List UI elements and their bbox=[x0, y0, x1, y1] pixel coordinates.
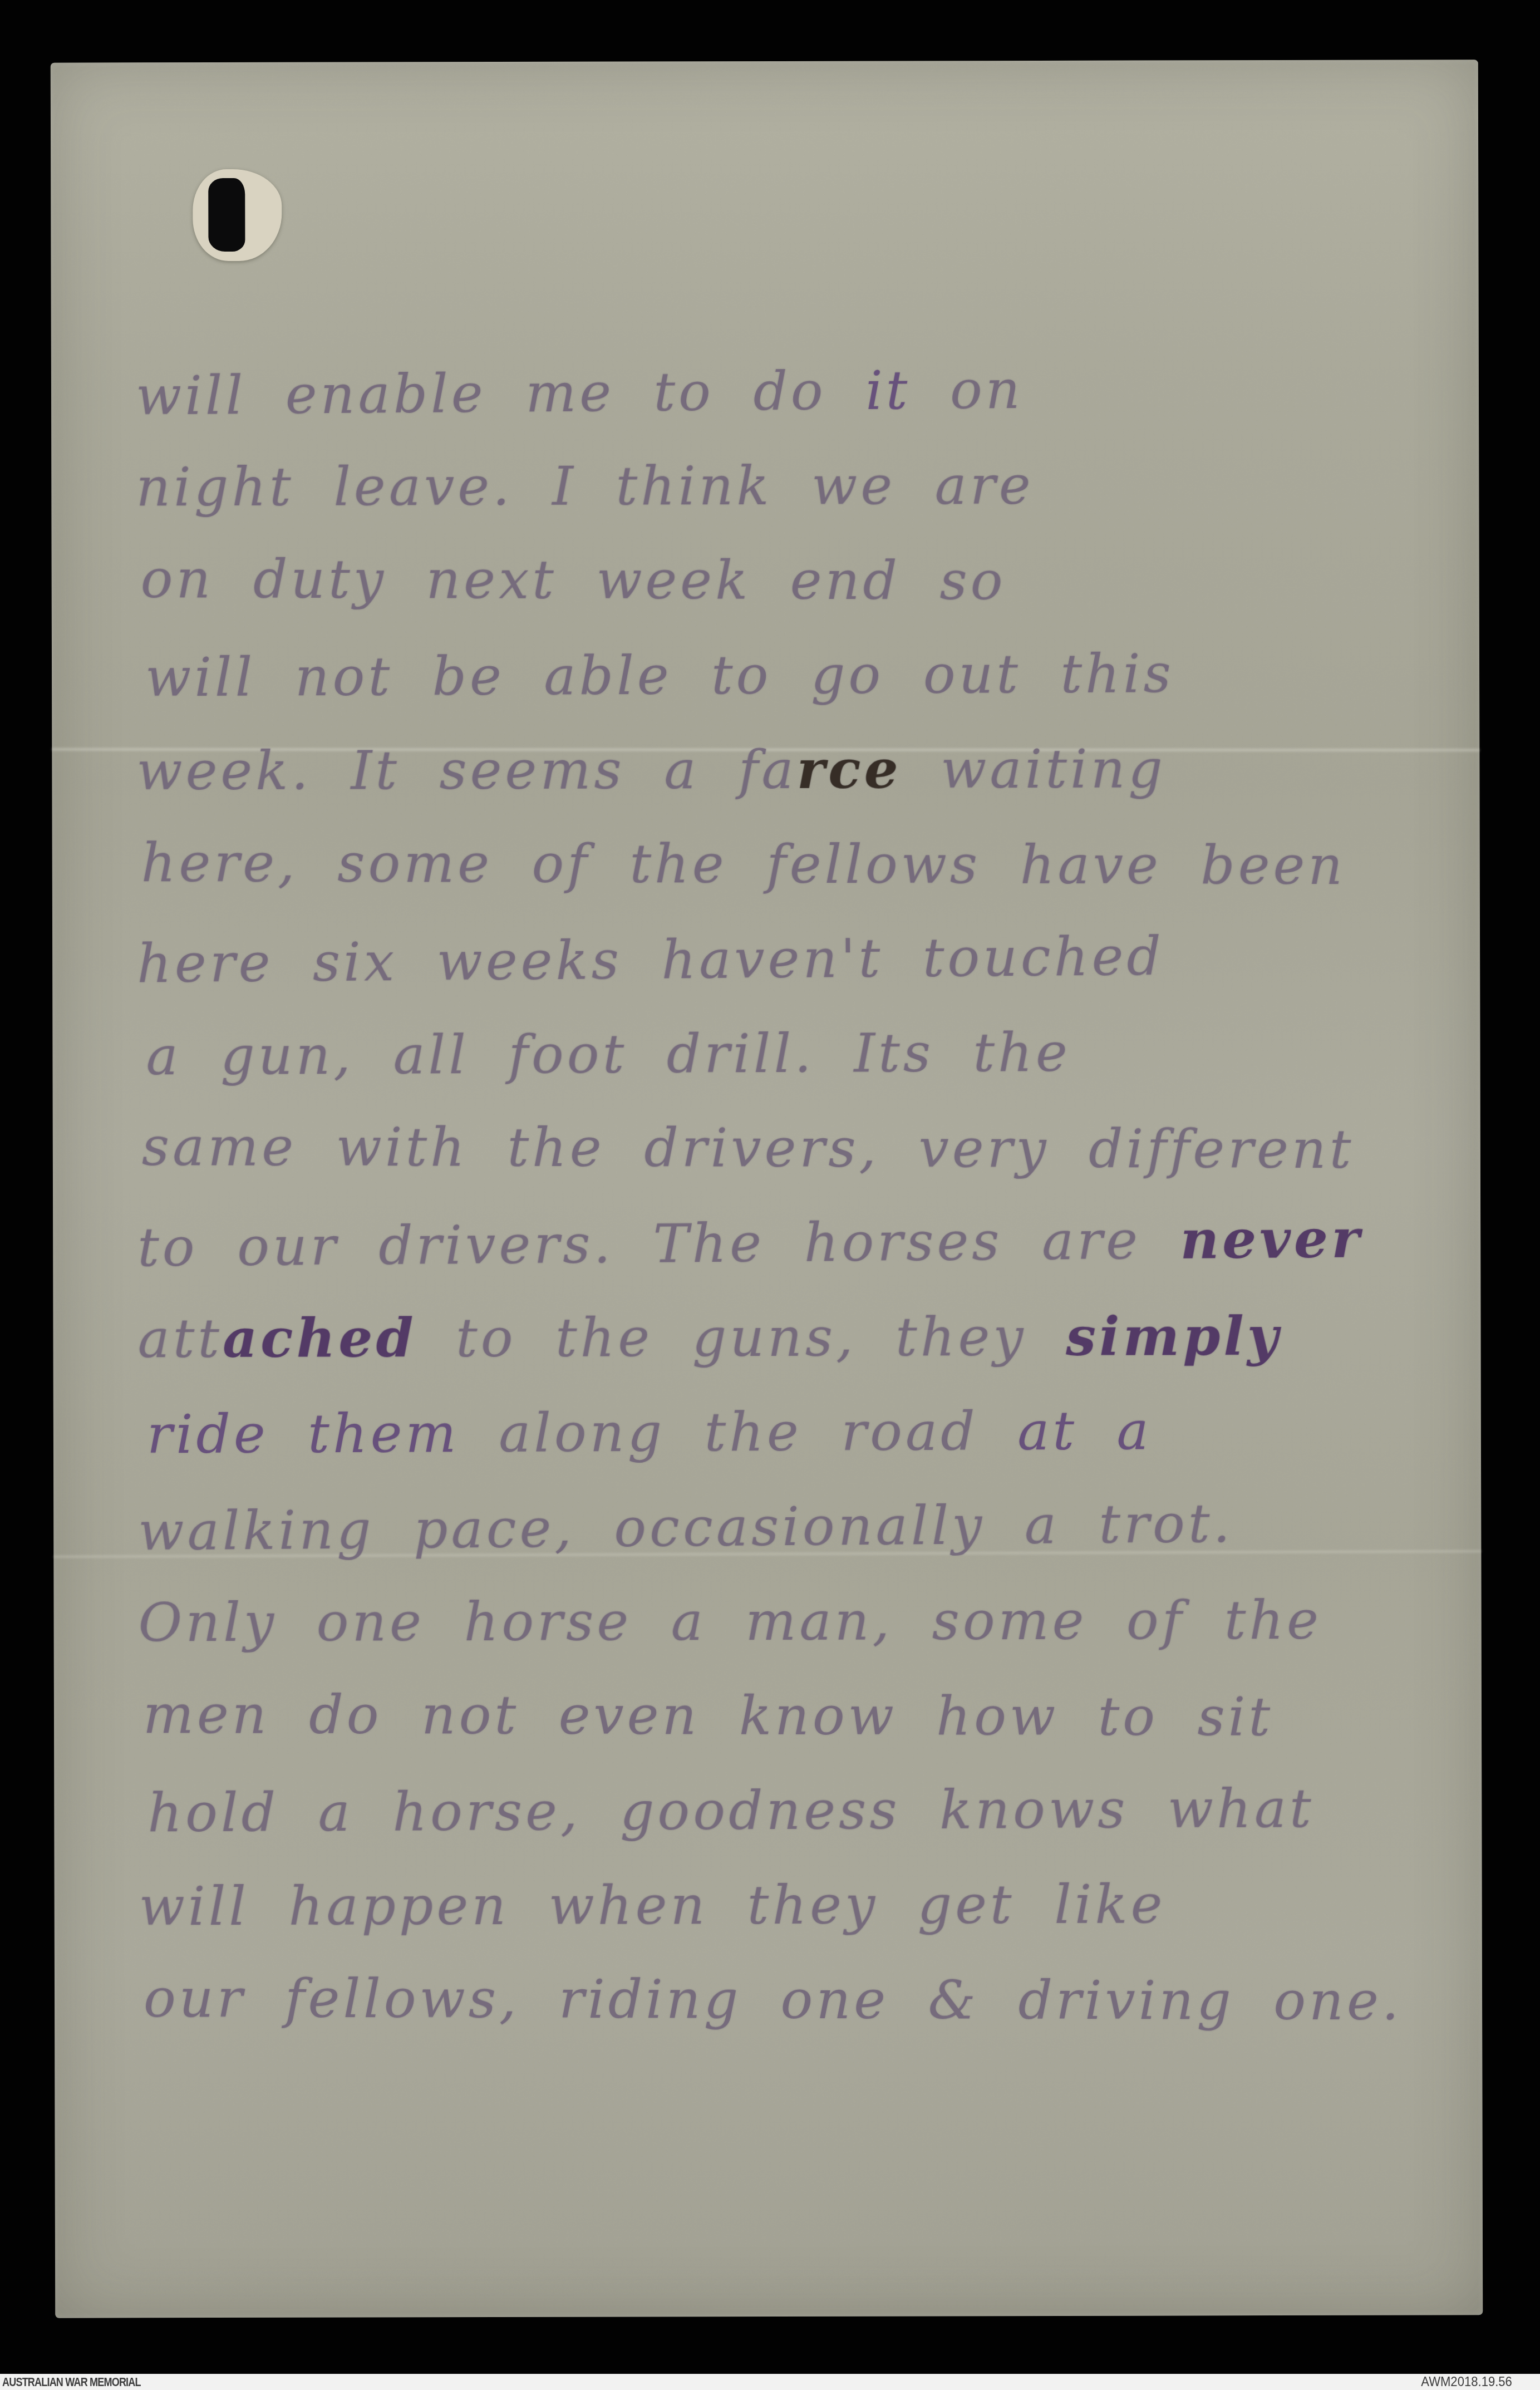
letter-line: here, some of the fellows have been bbox=[141, 815, 1460, 913]
letter-line-segment: here, some of the fellows have been bbox=[141, 832, 1346, 897]
letter-line: on duty next week end so bbox=[141, 532, 1460, 629]
scan-background: will enable me to do it onnight leave. I… bbox=[0, 0, 1540, 2390]
letter-line: to our drivers. The horses are never bbox=[137, 1191, 1457, 1295]
letter-line: will happen when they get like bbox=[139, 1856, 1458, 1954]
letter-line-segment: night leave. I think we are bbox=[136, 454, 1034, 518]
letter-line-segment: simply bbox=[1066, 1305, 1282, 1368]
letter-line-segment: it bbox=[865, 359, 911, 422]
letter-line-segment: waiting bbox=[902, 737, 1166, 800]
letter-line-segment: walking pace, occasionally a trot. bbox=[138, 1492, 1234, 1562]
letter-line-segment: Only one horse a man, some of the bbox=[139, 1589, 1322, 1654]
letter-line-segment: a gun, all foot drill. Its the bbox=[146, 1021, 1071, 1087]
letter-line: ride them along the road at a bbox=[147, 1382, 1467, 1482]
letter-line-segment: never bbox=[1180, 1207, 1363, 1271]
letter-line-segment: on duty next week end so bbox=[141, 548, 1006, 612]
letter-line: Only one horse a man, some of the bbox=[138, 1572, 1457, 1670]
letter-line: night leave. I think we are bbox=[136, 437, 1455, 534]
letter-line-segment: week. It seems a fa bbox=[136, 739, 796, 802]
letter-line-segment: to the guns, they bbox=[416, 1306, 1066, 1369]
letter-line: will enable me to do it on bbox=[135, 339, 1455, 443]
letter-line-segment: at a bbox=[1017, 1399, 1152, 1462]
letter-line-segment: our fellows, riding one & driving one. bbox=[144, 1967, 1402, 2032]
letter-line-segment: att bbox=[137, 1307, 223, 1370]
letter-line-segment: ride them bbox=[147, 1402, 460, 1466]
letter-line-segment: to our drivers. The horses are bbox=[137, 1209, 1180, 1279]
letter-line: walking pace, occasionally a trot. bbox=[138, 1474, 1458, 1578]
letter-line-segment: men do not even know how to sit bbox=[143, 1683, 1273, 1748]
letter-text: will enable me to do it onnight leave. I… bbox=[136, 342, 1458, 2048]
letter-line: men do not even know how to sit bbox=[143, 1667, 1462, 1764]
archive-reference: AWM2018.19.56 bbox=[1421, 2374, 1512, 2390]
letter-line-segment: along the road bbox=[459, 1400, 1017, 1464]
letter-line-segment: will happen when they get like bbox=[139, 1873, 1166, 1938]
letter-line-segment: ached bbox=[223, 1306, 417, 1370]
letter-line: week. It seems a farce waiting bbox=[136, 721, 1455, 818]
letter-line-segment: on bbox=[911, 358, 1024, 421]
letter-line: same with the drivers, very different bbox=[142, 1099, 1461, 1197]
letter-page: will enable me to do it onnight leave. I… bbox=[51, 60, 1483, 2318]
letter-line-segment: rce bbox=[797, 737, 902, 800]
letter-line: will not be able to go out this bbox=[145, 625, 1465, 725]
letter-line-segment: will not be able to go out this bbox=[145, 642, 1174, 709]
letter-line: here six weeks haven't touched bbox=[137, 907, 1457, 1011]
letter-line-segment: here six weeks haven't touched bbox=[137, 925, 1164, 995]
torn-paper-patch bbox=[193, 169, 282, 261]
letter-line-segment: will enable me to do bbox=[136, 360, 866, 427]
torn-hole bbox=[208, 178, 245, 252]
letter-line: attached to the guns, they simply bbox=[137, 1289, 1457, 1386]
letter-line: our fellows, riding one & driving one. bbox=[144, 1951, 1463, 2048]
archive-strip: AUSTRALIAN WAR MEMORIAL AWM2018.19.56 bbox=[0, 2374, 1540, 2390]
archive-institution: AUSTRALIAN WAR MEMORIAL bbox=[2, 2375, 141, 2389]
letter-line: hold a horse, goodness knows what bbox=[147, 1760, 1467, 1860]
letter-line: a gun, all foot drill. Its the bbox=[146, 1004, 1465, 1103]
letter-line-segment: hold a horse, goodness knows what bbox=[147, 1777, 1315, 1844]
letter-line-segment: same with the drivers, very different bbox=[142, 1115, 1355, 1181]
